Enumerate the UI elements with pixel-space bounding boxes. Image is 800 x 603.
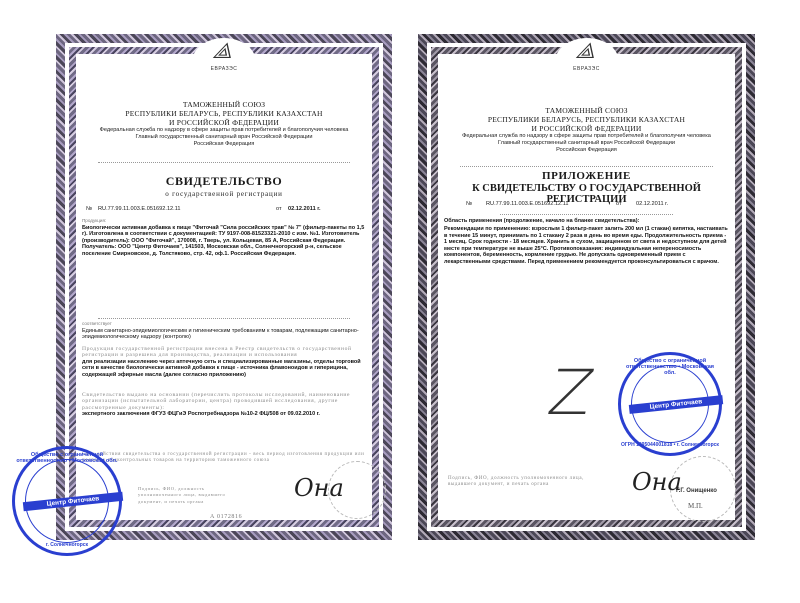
stamp-ring-text: Общество с ограниченной ответственностью… bbox=[621, 358, 719, 376]
basis-section: Свидетельство выдано на основании (переч… bbox=[82, 392, 366, 418]
document-title: СВИДЕТЕЛЬСТВО bbox=[78, 174, 370, 189]
usage-section: Продукция государственной регистрации вн… bbox=[82, 346, 366, 379]
divider bbox=[500, 214, 673, 216]
official-seal-faint bbox=[328, 461, 386, 519]
form-serial-number: А 0172816 bbox=[210, 514, 242, 520]
certificate-page: ⟁ ЕВРАЗЭС ТАМОЖЕННЫЙ СОЮЗ РЕСПУБЛИКИ БЕЛ… bbox=[56, 34, 392, 540]
logo-text: ЕВРАЗЭС bbox=[192, 66, 256, 72]
divider bbox=[98, 318, 350, 320]
seal-place-label: М.П. bbox=[688, 502, 703, 510]
header-line: ТАМОЖЕННЫЙ СОЮЗ bbox=[440, 106, 733, 115]
header-subline: Российская Федерация bbox=[78, 141, 370, 148]
scope-text: Рекомендации по применению: взрослым 1 ф… bbox=[444, 226, 729, 266]
appendix-page: ⟁ ЕВРАЗЭС ТАМОЖЕННЫЙ СОЮЗ РЕСПУБЛИКИ БЕЛ… bbox=[418, 34, 755, 540]
divider bbox=[460, 166, 713, 168]
appendix-title: ПРИЛОЖЕНИЕ bbox=[440, 170, 733, 182]
stamp-bottom-text: г. Солнечногорск bbox=[15, 542, 119, 548]
basis-text: экспертного заключения ФГУЗ ФЦГиЭ Роспот… bbox=[82, 411, 366, 418]
eurasec-emblem-icon: ⟁ bbox=[187, 38, 261, 66]
date-label: от bbox=[276, 206, 282, 212]
stamp-center-text: Центр Фиточаев bbox=[629, 395, 723, 414]
reg-date: 02.12.2011 г. bbox=[636, 201, 668, 207]
scope-heading: Область применения (продолжение, начало … bbox=[444, 218, 729, 225]
eurasec-logo: ⟁ ЕВРАЗЭС bbox=[192, 38, 256, 86]
divider bbox=[98, 162, 350, 164]
header-line: ТАМОЖЕННЫЙ СОЮЗ bbox=[78, 100, 370, 109]
compliance-section: соответствует Единым санитарно-эпидемиол… bbox=[82, 321, 366, 341]
product-text: Биологически активная добавка к пище "Фи… bbox=[82, 225, 364, 257]
reg-number: RU.77.99.11.003.Е.051692.12.11 bbox=[98, 206, 181, 212]
eurasec-logo: ⟁ ЕВРАЗЭС bbox=[555, 38, 619, 86]
blank-space-z-mark: Z bbox=[542, 356, 600, 429]
date-label: от bbox=[616, 201, 622, 207]
reg-number-label: № bbox=[466, 201, 472, 207]
signature: Она bbox=[632, 468, 682, 496]
usage-text: для реализации населению через аптечную … bbox=[82, 359, 366, 379]
stamp-ring-text: Общество с ограниченной ответственностью… bbox=[15, 452, 119, 464]
issuer-header: ТАМОЖЕННЫЙ СОЮЗ РЕСПУБЛИКИ БЕЛАРУСЬ, РЕС… bbox=[440, 106, 733, 154]
stamp-center-text: Центр Фиточаев bbox=[23, 492, 123, 511]
company-stamp: Общество с ограниченной ответственностью… bbox=[12, 446, 122, 556]
header-line: И РОССИЙСКОЙ ФЕДЕРАЦИИ bbox=[78, 118, 370, 127]
validity-note: Срок действия свидетельства о государств… bbox=[82, 452, 366, 465]
appendix-subtitle: К СВИДЕТЕЛЬСТВУ О ГОСУДАРСТВЕННОЙ РЕГИСТ… bbox=[440, 183, 733, 205]
reg-number: RU.77.99.11.003.Е.051692.12.11 bbox=[486, 201, 569, 207]
header-line: РЕСПУБЛИКИ БЕЛАРУСЬ, РЕСПУБЛИКИ КАЗАХСТА… bbox=[440, 115, 733, 124]
eurasec-emblem-icon: ⟁ bbox=[549, 38, 623, 66]
header-subline: Главный государственный санитарный врач … bbox=[440, 140, 733, 147]
compliance-text: Единым санитарно-эпидемиологическим и ги… bbox=[82, 328, 359, 341]
signer-name: Г.Г. Онищенко bbox=[676, 488, 725, 495]
product-section: Продукция: Биологически активная добавка… bbox=[82, 218, 366, 258]
basis-label: Свидетельство выдано на основании (переч… bbox=[82, 392, 366, 411]
product-label: Продукция: bbox=[82, 218, 366, 225]
logo-text: ЕВРАЗЭС bbox=[555, 66, 619, 72]
reg-date: 02.12.2011 г. bbox=[288, 206, 321, 212]
header-subline: Федеральная служба по надзору в сфере за… bbox=[440, 133, 733, 140]
issuer-header: ТАМОЖЕННЫЙ СОЮЗ РЕСПУБЛИКИ БЕЛАРУСЬ, РЕС… bbox=[78, 100, 370, 148]
header-subline: Главный государственный санитарный врач … bbox=[78, 134, 370, 141]
company-stamp: Общество с ограниченной ответственностью… bbox=[618, 352, 722, 456]
header-line: РЕСПУБЛИКИ БЕЛАРУСЬ, РЕСПУБЛИКИ КАЗАХСТА… bbox=[78, 109, 370, 118]
header-subline: Федеральная служба по надзору в сфере за… bbox=[78, 127, 370, 134]
usage-label: Продукция государственной регистрации вн… bbox=[82, 346, 366, 359]
signature-caption: Подпись, ФИО, должность уполномоченного … bbox=[138, 486, 240, 505]
stamp-bottom-text: ОГРН 1095044001818 • г. Солнечногорск bbox=[621, 442, 719, 448]
signature-caption: Подпись, ФИО, должность уполномоченного … bbox=[448, 476, 603, 489]
compliance-label: соответствует bbox=[82, 321, 366, 328]
header-subline: Российская Федерация bbox=[440, 147, 733, 154]
reg-number-label: № bbox=[86, 206, 92, 212]
header-line: И РОССИЙСКОЙ ФЕДЕРАЦИИ bbox=[440, 124, 733, 133]
document-subtitle: о государственной регистрации bbox=[78, 190, 370, 198]
